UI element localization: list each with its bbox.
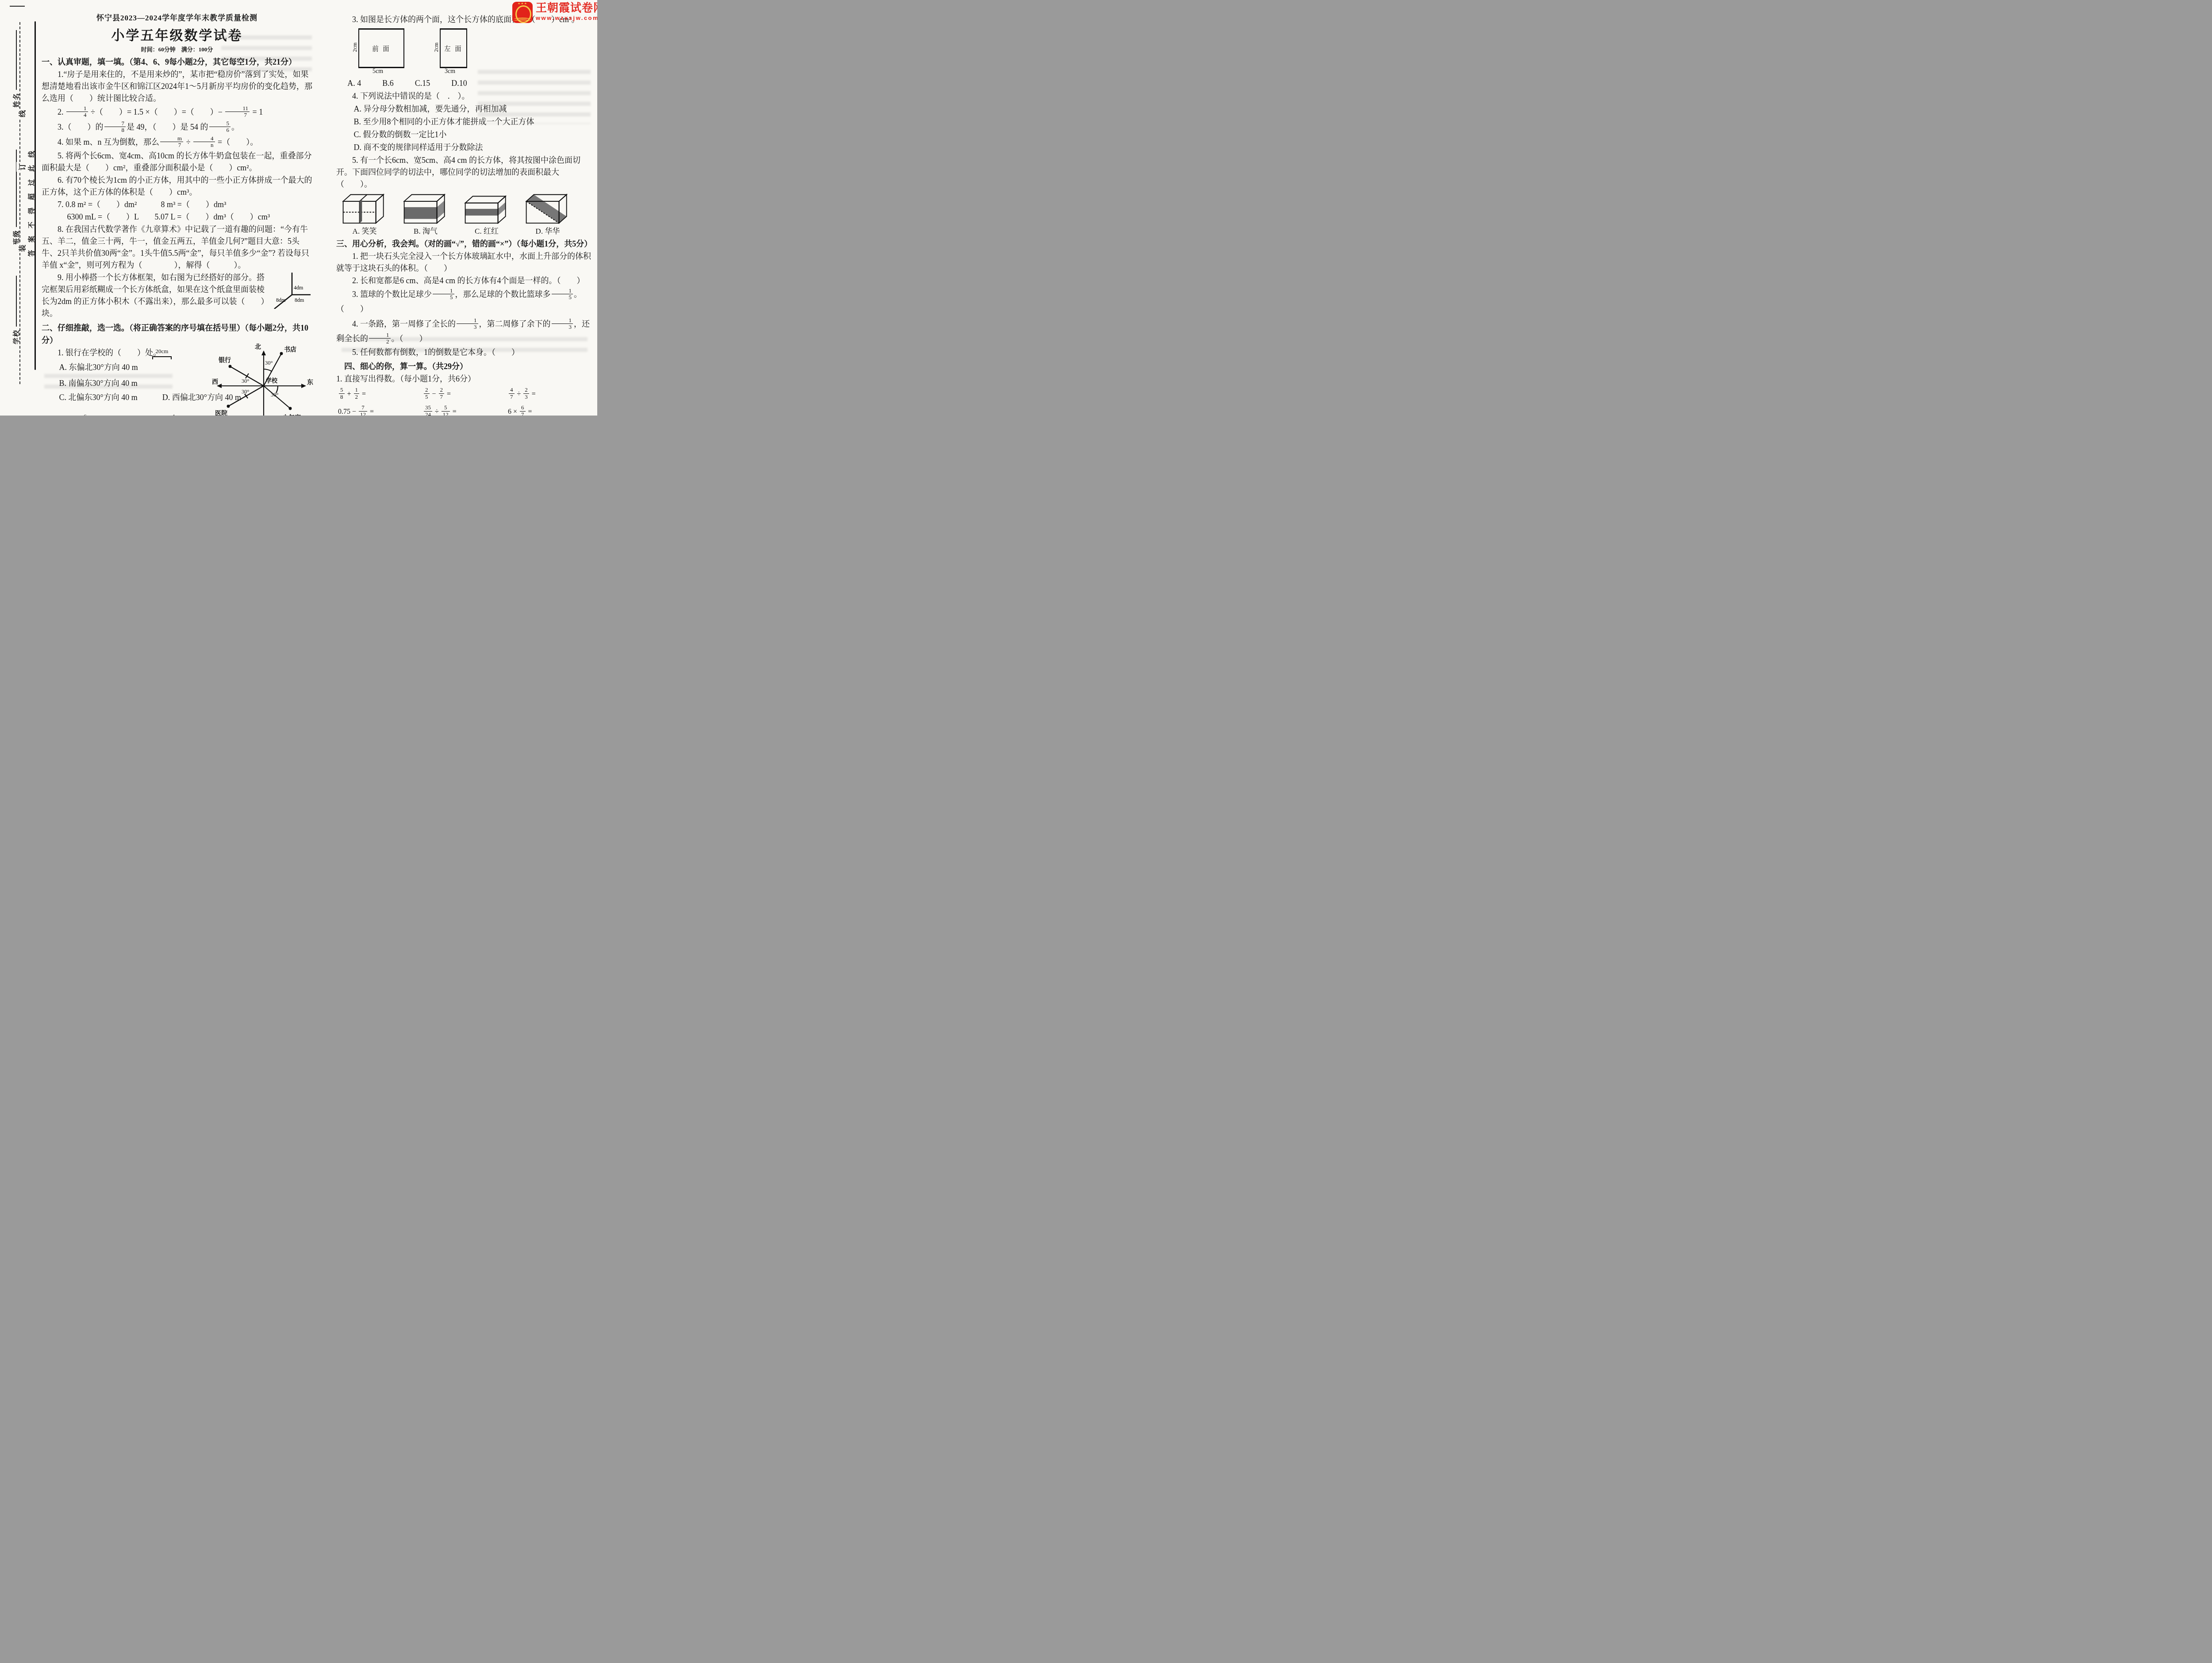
s1-question-5: 5. 将两个长6cm、宽4cm、高10cm 的长方体牛奶盒包装在一起，重叠部分面… [42, 150, 312, 174]
equation: 58 + 12 = [338, 388, 423, 401]
s2-question-5: 5. 有一个长6cm、宽5cm、高4 cm 的长方体，将其按图中涂色面切开。下面… [336, 154, 594, 190]
section1-heading: 一、认真审题，填一填。（第4、6、9每小题2分，其它每空1分，共21分） [42, 56, 312, 68]
thin-slab-cut-box-figure [462, 192, 511, 225]
s1-question-8: 8. 在我国古代数学著作《九章算术》中记载了一道有趣的问题：“今有牛五、羊二，值… [42, 223, 312, 271]
s2-q3-figure: 2cm 前 面 5cm 2cm 左 面 3cm [351, 28, 594, 75]
section4-heading: 四、细心的你，算一算。（共29分） [336, 360, 594, 373]
exam-sheet-page: 姓名 班级 学校 线 订 装 答案不得超过此线 ★★★ 王朝霞试卷网 www.w… [0, 0, 597, 416]
front-face-figure: 2cm 前 面 5cm [351, 28, 404, 75]
angle-30-north: 30° [265, 360, 273, 366]
brand-badge-icon: ★★★ [512, 2, 533, 23]
s1-question-9-block: 4dm 8dm 8dm 9. 用小棒搭一个长方体框架，如右图为已经搭好的部分。搭… [42, 272, 312, 320]
s1-question-6: 6. 有70个棱长为1cm 的小正方体，用其中的一些小正方体拼成一个最大的正方体… [42, 174, 312, 198]
map-school-label: 学校 [266, 377, 278, 384]
left-width-label: 3cm [445, 68, 455, 75]
s2-q4-option-c: C. 假分数的倒数一定比1小 [354, 128, 594, 141]
front-height-label: 2cm [352, 45, 358, 52]
cut-figure-d: D. 华华 [523, 192, 572, 236]
site-url: www.wzxsjw.com [536, 15, 597, 21]
exam-meta: 时间：60分钟 满分：100分 [42, 45, 312, 53]
class-label: 班级 [13, 230, 20, 245]
s2-q1-option-c: C. 北偏东30°方向 40 m [59, 391, 138, 404]
s1-question-3: 3.（ ）的78是 49，（ ）是 54 的56。 [42, 120, 312, 135]
s2-question-1-block: 1. 银行在学校的（ ）处。 A. 东偏北30°方向 40 m B. 南偏东30… [42, 347, 312, 412]
name-blank-line [16, 30, 17, 90]
s3-item-1: 1. 把一块石头完全浸入一个长方体玻璃缸水中，水面上升部分的体积就等于这块石头的… [336, 250, 594, 274]
equation: 0.75 − 712 = [338, 405, 423, 416]
binding-char-xian: 线 [16, 109, 27, 119]
s1-question-7a: 7. 0.8 m² =（ ）dm² 8 m³ =（ ）dm³ [42, 199, 312, 211]
site-name: 王朝霞试卷网 [536, 2, 597, 14]
scale-label: 20cm [156, 348, 169, 354]
s3-item-4: 4. 一条路，第一周修了全长的13，第二周修了余下的13，还剩全长的12。（ ） [336, 317, 594, 346]
equation: 6 × 67 = [508, 405, 593, 416]
right-column: 3. 如图是长方体的两个面，这个长方体的底面积是（ ）cm²。 2cm 前 面 … [336, 13, 594, 416]
s3-item-2: 2. 长和宽都是6 cm、高是4 cm 的长方体有4个面是一样的。（ ） [336, 275, 594, 287]
margin-warning-text: 答案不得超过此线 [27, 143, 36, 257]
wave-decor-icon [514, 19, 531, 22]
map-youth-palace-label: 少年宫 [282, 414, 301, 416]
binding-char-zhuang: 装 [16, 243, 27, 253]
site-logo: ★★★ 王朝霞试卷网 www.wzxsjw.com [512, 2, 597, 23]
cut-figure-c: C. 红红 [462, 192, 511, 236]
student-name-field: 姓名 [12, 30, 21, 108]
stars-icon: ★★★ [512, 2, 533, 5]
left-column: 怀宁县2023—2024学年度学年末教学质量检测 小学五年级数学试卷 时间：60… [42, 12, 312, 416]
left-face-rect: 左 面 [440, 28, 467, 68]
thick-slab-cut-box-figure [401, 192, 450, 225]
s2-q3-option-b: B.6 [382, 77, 394, 90]
cut-figure-a: A. 笑笑 [340, 192, 389, 236]
front-width-label: 5cm [373, 68, 383, 75]
s3-item-5: 5. 任何数都有倒数，1的倒数是它本身。（ ） [336, 346, 594, 358]
s4-sub1: 1. 直接写出得数。（每小题1分，共6分） [336, 373, 594, 385]
angle-30-west-down: 30° [242, 389, 250, 395]
map-hospital-label: 医院 [215, 409, 227, 416]
s2-q4-option-b: B. 至少用8个相同的小正方体才能拼成一个大正方体 [354, 115, 594, 128]
class-blank-line [16, 150, 17, 227]
compass-north-label: 北 [255, 343, 261, 350]
school-label: 学校 [13, 329, 20, 344]
edge-8dm-bottom-label: 8dm [295, 297, 304, 303]
cut-option-c-label: C. 红红 [475, 225, 499, 236]
cut-option-a-label: A. 笑笑 [353, 225, 377, 236]
left-face-figure: 2cm 左 面 3cm [433, 28, 467, 75]
equation: 47 ÷ 23 = [508, 388, 593, 401]
map-scale: 20cm [152, 348, 172, 359]
equation: 3524 ÷ 512 = [423, 405, 508, 416]
s4-row1: 58 + 12 = 25 − 27 = 47 ÷ 23 = [338, 388, 594, 401]
front-face-rect: 前 面 [358, 28, 404, 68]
cut-figure-b: B. 淘气 [401, 192, 450, 236]
scale-bar-icon [152, 356, 172, 359]
cut-option-b-label: B. 淘气 [414, 225, 438, 236]
s1-question-4: 4. 如果 m、n 互为倒数，那么m7 ÷ 4n =（ ）。 [42, 135, 312, 150]
angle-30-west-up: 30° [242, 378, 250, 384]
s1-question-2: 2. 14 ÷（ ）= 1.5 ×（ ）=（ ）− 117 = 1 [42, 105, 312, 119]
cuboid-frame-figure: 4dm 8dm 8dm [271, 270, 312, 309]
s2-q4-option-d: D. 商不变的规律同样适用于分数除法 [354, 141, 594, 154]
map-bookstore-label: 书店 [284, 346, 296, 353]
compass-east-label: 东 [307, 378, 313, 386]
s2-question-4: 4. 下列说法中错误的是（ . ）。 [336, 90, 594, 102]
cut-option-d-label: D. 华华 [536, 225, 560, 236]
name-label: 姓名 [13, 92, 20, 108]
s2-q5-figures: A. 笑笑 B. 淘气 [340, 192, 594, 236]
edge-8dm-side-label: 8dm [276, 297, 286, 303]
map-bank-label: 银行 [219, 356, 231, 364]
s4-row2: 0.75 − 712 = 3524 ÷ 512 = 6 × 67 = [338, 405, 594, 416]
s2-q4-option-a: A. 异分母分数相加减，要先通分，再相加减 [354, 103, 594, 115]
section3-heading: 三、用心分析，我会判。（对的画“√”，错的画“×”）（每小题1分，共5分） [336, 238, 594, 250]
s2-q3-option-a: A. 4 [347, 77, 361, 90]
s2-q3-option-d: D.10 [451, 77, 467, 90]
s2-q3-option-c: C.15 [415, 77, 430, 90]
s1-question-1: 1.“房子是用来住的，不是用来炒的”，某市把“稳房价”落到了实处，如果想清楚地看… [42, 69, 312, 104]
school-blank-line [16, 276, 17, 327]
equation: 25 − 27 = [423, 388, 508, 401]
binding-char-ding: 订 [16, 162, 27, 172]
compass-west-label: 西 [212, 378, 218, 385]
corner-tick [10, 6, 25, 7]
exam-subtitle: 小学五年级数学试卷 [42, 24, 312, 44]
student-school-field: 学校 [12, 276, 21, 344]
vertical-cut-box-figure [340, 192, 389, 225]
s1-question-7b: 6300 mL =（ ）L 5.07 L =（ ）dm³（ ）cm³ [42, 211, 312, 223]
angle-30-east-down: 30° [271, 392, 279, 398]
left-height-label: 2cm [433, 45, 440, 52]
direction-map-figure: 北 南 西 东 书店 银行 医院 少年宫 学校 30° 30° 30° 30° [211, 342, 315, 416]
edge-4dm-label: 4dm [294, 285, 303, 291]
exam-title: 怀宁县2023—2024学年度学年末教学质量检测 [42, 12, 312, 23]
s3-item-3: 3. 篮球的个数比足球少15，那么足球的个数比篮球多15。（ ） [336, 287, 594, 316]
diagonal-cut-box-figure [523, 192, 572, 225]
